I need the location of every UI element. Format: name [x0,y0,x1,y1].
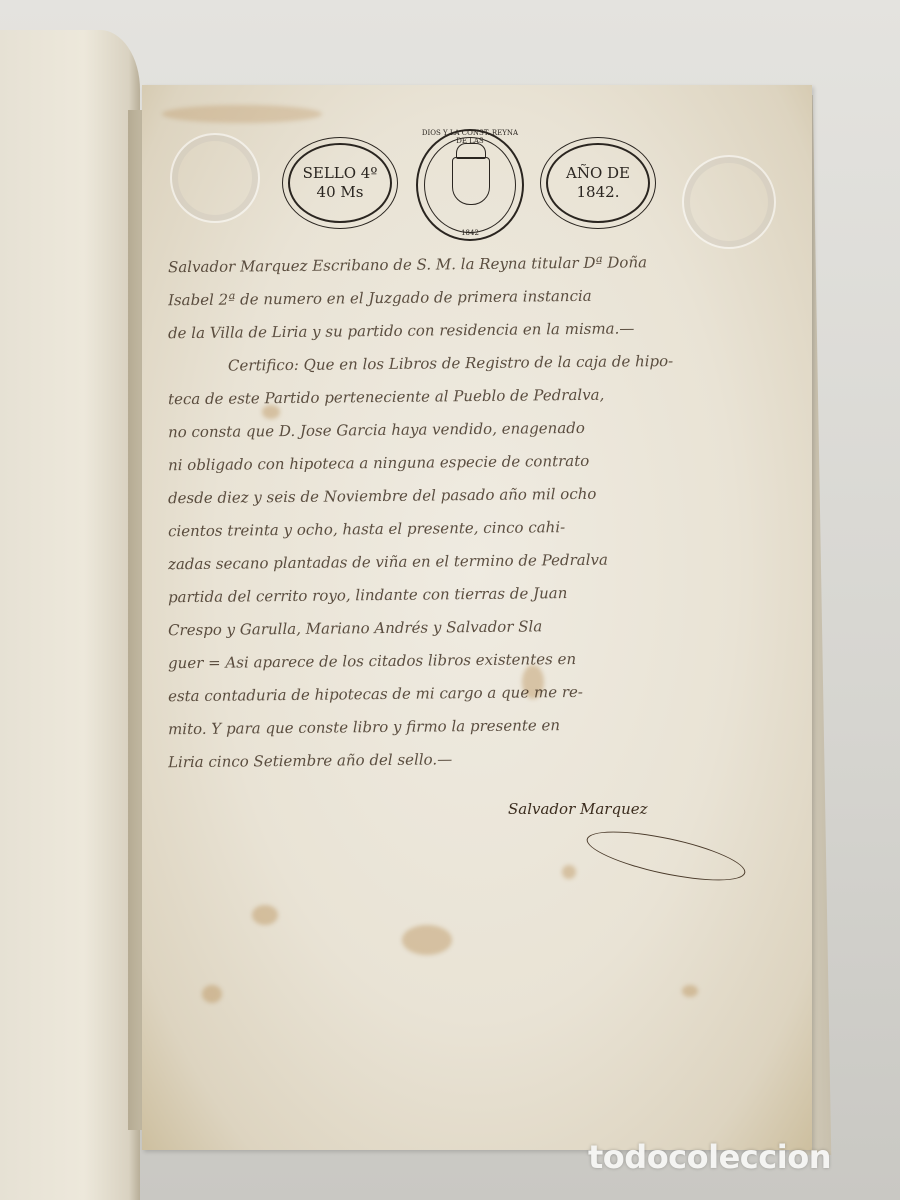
royal-seal: DIOS Y LA CONST. REYNA DE LAS 1842 [416,129,524,241]
stamp-year: 1842. [577,183,620,202]
tax-stamp-header: SELLO 4º 40 Ms DIOS Y LA CONST. REYNA DE… [278,125,658,245]
stamp-sello: SELLO 4º [303,164,378,183]
stamp-value: 40 Ms [317,183,364,202]
stamp-left-oval: SELLO 4º 40 Ms [288,143,392,223]
signature: Salvador Marquez [508,800,648,818]
coat-of-arms-icon [452,157,490,205]
stamp-year-label: AÑO DE [566,164,630,183]
left-page-curl [0,30,140,1200]
handwritten-body: Salvador Marquez Escribano de S. M. la R… [168,248,788,776]
embossed-seal-right [682,155,776,249]
stamp-right-oval: AÑO DE 1842. [546,143,650,223]
seal-legend-year: 1842 [418,229,522,237]
text-line: Liria cinco Setiembre año del sello.— [168,740,788,779]
embossed-seal-left [170,133,260,223]
watermark-logo: todocoleccion [588,1138,831,1176]
